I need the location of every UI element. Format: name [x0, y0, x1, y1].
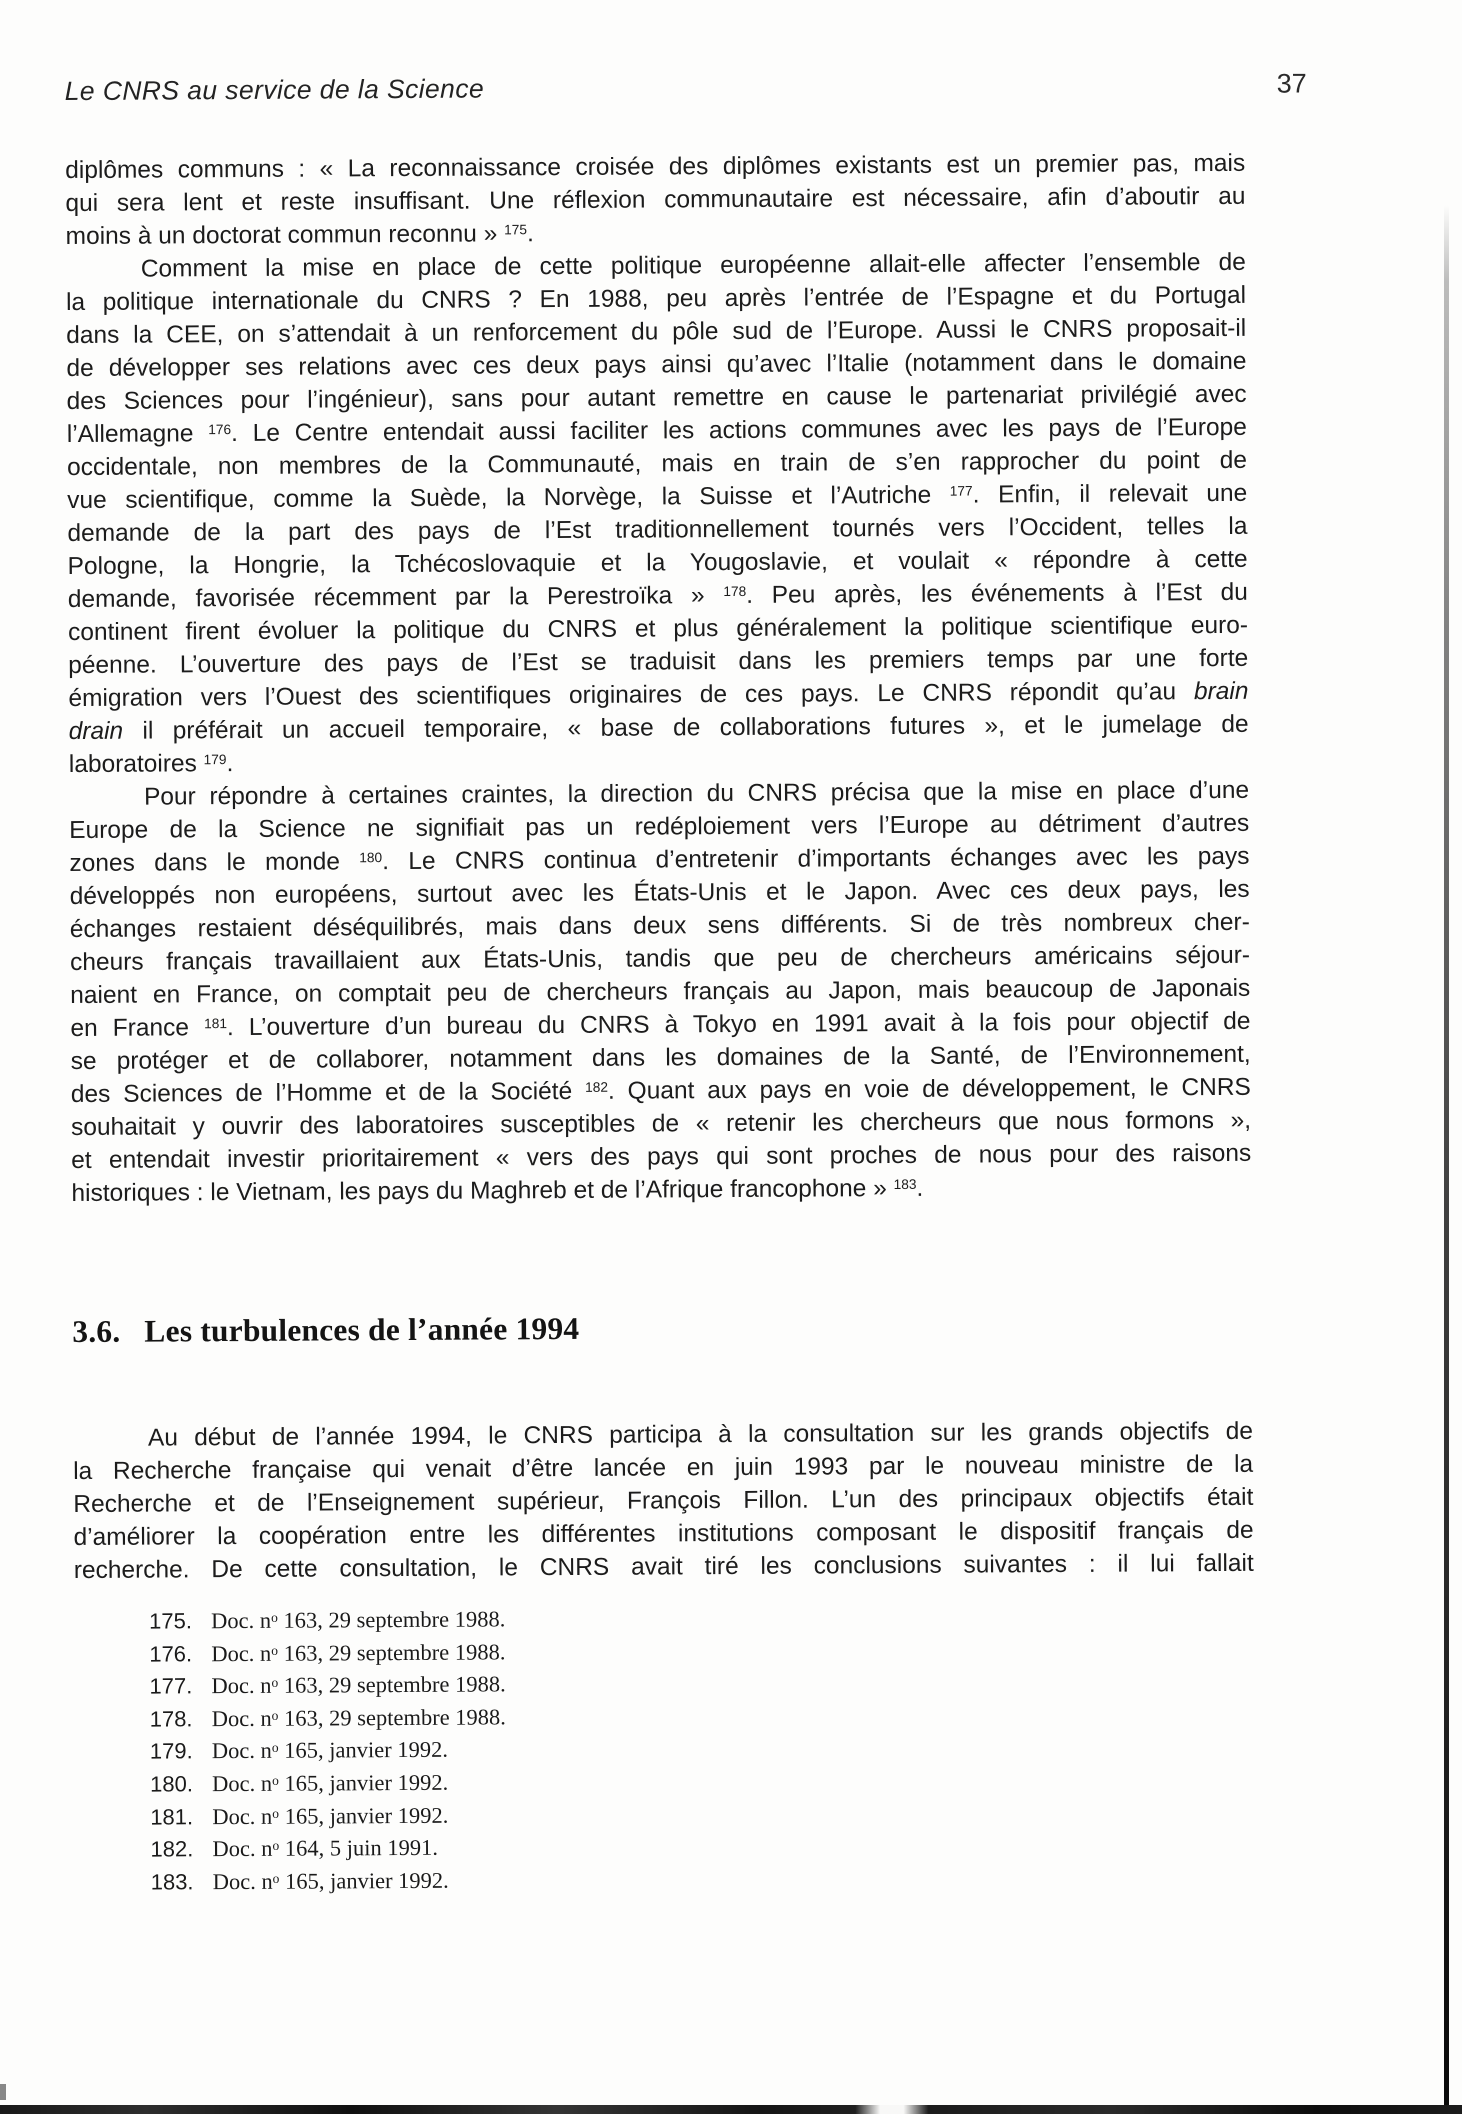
footnote-item: 178.Doc. no 163, 29 septembre 1988.	[150, 1699, 910, 1736]
footnote-text: Doc. no 163, 29 septembre 1988.	[211, 1636, 505, 1670]
text-line: historiques : le Vietnam, les pays du Ma…	[71, 1170, 1251, 1210]
footnote-text: Doc. no 165, janvier 1992.	[212, 1799, 448, 1833]
page-content: Le CNRS au service de la Science 37 dipl…	[0, 0, 1462, 2114]
footnote-text: Doc. no 164, 5 juin 1991.	[212, 1832, 438, 1866]
footnote-text: Doc. no 165, janvier 1992.	[213, 1864, 449, 1898]
footnote-number: 176.	[149, 1638, 211, 1671]
footnote-text: Doc. no 163, 29 septembre 1988.	[211, 1603, 505, 1637]
scan-edge-line	[1444, 205, 1449, 2114]
footnote-number: 183.	[151, 1866, 213, 1899]
footnote-text: Doc. no 163, 29 septembre 1988.	[211, 1669, 505, 1703]
footnote-number: 181.	[150, 1801, 212, 1834]
footnote-text: Doc. no 165, janvier 1992.	[212, 1734, 448, 1768]
footnote-item: 179.Doc. no 165, janvier 1992.	[150, 1731, 910, 1768]
body-paragraphs: diplômes communs : « La reconnaissance c…	[65, 147, 1251, 1210]
footnote-item: 181.Doc. no 165, janvier 1992.	[150, 1796, 910, 1833]
scanned-book-page: Le CNRS au service de la Science 37 dipl…	[0, 0, 1462, 2114]
section-number: 3.6.	[72, 1314, 120, 1349]
footnote-number: 180.	[150, 1768, 212, 1801]
footnote-item: 183.Doc. no 165, janvier 1992.	[151, 1862, 911, 1899]
running-title: Le CNRS au service de la Science	[65, 73, 485, 107]
footnote-item: 177.Doc. no 163, 29 septembre 1988.	[149, 1666, 909, 1703]
scan-bottom-band	[0, 2105, 1462, 2114]
footnote-number: 182.	[150, 1833, 212, 1866]
footnotes: 175.Doc. no 163, 29 septembre 1988.176.D…	[149, 1601, 911, 1899]
footnote-item: 182.Doc. no 164, 5 juin 1991.	[150, 1829, 910, 1866]
footnote-item: 176.Doc. no 163, 29 septembre 1988.	[149, 1634, 909, 1671]
footnote-item: 175.Doc. no 163, 29 septembre 1988.	[149, 1601, 909, 1638]
footnote-number: 175.	[149, 1605, 211, 1638]
footnote-number: 178.	[150, 1703, 212, 1736]
footnote-text: Doc. no 163, 29 septembre 1988.	[212, 1701, 506, 1735]
section-heading: 3.6.Les turbulences de l’année 1994	[72, 1311, 579, 1350]
scan-corner-mark	[0, 2084, 6, 2100]
footnote-number: 179.	[150, 1736, 212, 1769]
after-heading-paragraphs: Au début de l’année 1994, le CNRS partic…	[73, 1415, 1254, 1587]
section-title: Les turbulences de l’année 1994	[144, 1311, 579, 1349]
footnote-item: 180.Doc. no 165, janvier 1992.	[150, 1764, 910, 1801]
footnote-number: 177.	[149, 1670, 211, 1703]
page-number: 37	[1277, 68, 1307, 99]
page-header: Le CNRS au service de la Science 37	[65, 68, 1307, 107]
text-line: recherche. De cette consultation, le CNR…	[74, 1547, 1254, 1587]
footnote-text: Doc. no 165, janvier 1992.	[212, 1767, 448, 1801]
